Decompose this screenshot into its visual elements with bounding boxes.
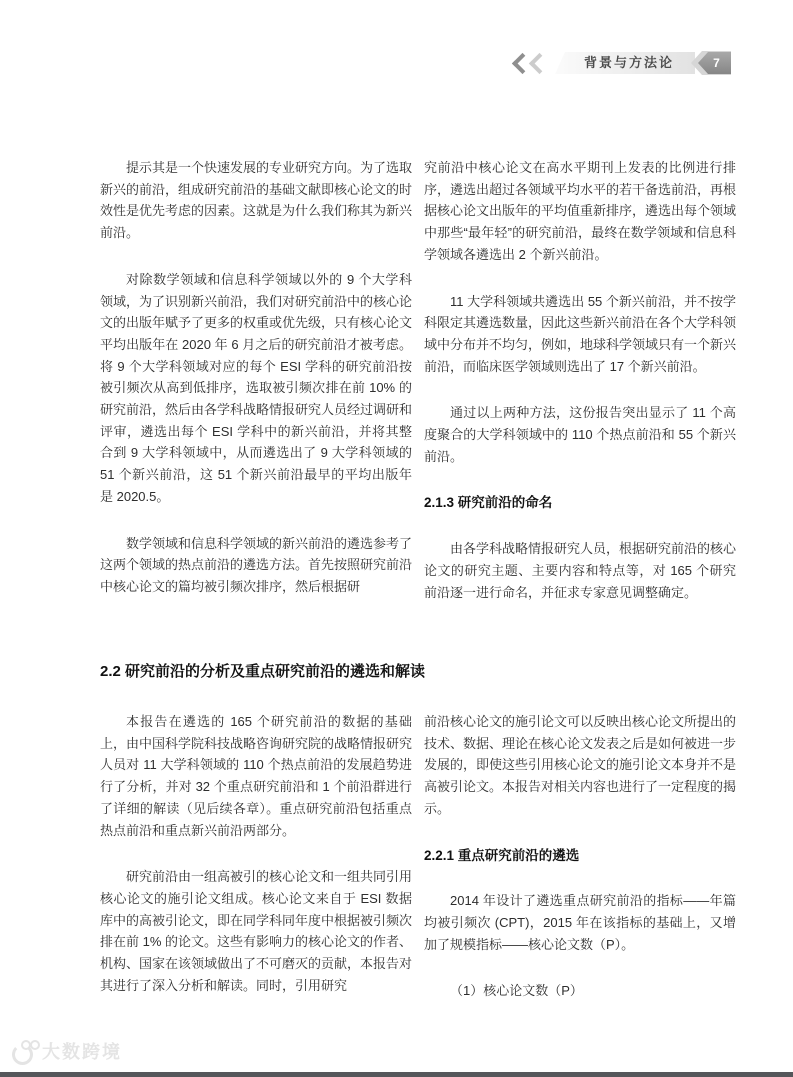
watermark-text: 大数跨境 [42, 1038, 122, 1064]
bottom-bar [0, 1072, 793, 1077]
column-top-right: 究前沿中核心论文在高水平期刊上发表的比例进行排序，遴选出超过各领域平均水平的若干… [424, 157, 736, 628]
paragraph: 前沿核心论文的施引论文可以反映出核心论文所提出的技术、数据、理论在核心论文发表之… [424, 711, 736, 820]
subsection-heading-221: 2.2.1 重点研究前沿的遴选 [424, 845, 736, 867]
paragraph: 研究前沿由一组高被引的核心论文和一组共同引用核心论文的施引论文组成。核心论文来自… [100, 866, 412, 996]
paragraph: 通过以上两种方法，这份报告突出显示了 11 个高度聚合的大学科领域中的 110 … [424, 402, 736, 467]
watermark: 大数跨境 [12, 1038, 122, 1064]
paragraph: （1）核心论文数（P） [424, 980, 736, 1002]
section-heading-22: 2.2 研究前沿的分析及重点研究前沿的遴选和解读 [100, 660, 660, 681]
paragraph: 11 大学科领域共遴选出 55 个新兴前沿，并不按学科限定其遴选数量，因此这些新… [424, 291, 736, 378]
watermark-logo-icon [12, 1040, 34, 1062]
column-top-left: 提示其是一个快速发展的专业研究方向。为了选取新兴的前沿，组成研究前沿的基础文献即… [100, 157, 412, 623]
paragraph: 数学领域和信息科学领域的新兴前沿的遴选参考了这两个领域的热点前沿的遴选方法。首先… [100, 533, 412, 598]
paragraph: 由各学科战略情报研究人员，根据研究前沿的核心论文的研究主题、主要内容和特点等，对… [424, 538, 736, 603]
page-header: 背景与方法论 7 [515, 51, 731, 75]
paragraph: 2014 年设计了遴选重点研究前沿的指标——年篇均被引频次 (CPT)，2015… [424, 890, 736, 955]
column-bottom-right: 前沿核心论文的施引论文可以反映出核心论文所提出的技术、数据、理论在核心论文发表之… [424, 711, 736, 1027]
subsection-heading-213: 2.1.3 研究前沿的命名 [424, 492, 736, 514]
column-bottom-left: 本报告在遴选的 165 个研究前沿的数据的基础上，由中国科学院科技战略咨询研究院… [100, 711, 412, 1021]
paragraph: 提示其是一个快速发展的专业研究方向。为了选取新兴的前沿，组成研究前沿的基础文献即… [100, 157, 412, 244]
page-number-badge: 7 [691, 51, 731, 75]
paragraph: 本报告在遴选的 165 个研究前沿的数据的基础上，由中国科学院科技战略咨询研究院… [100, 711, 412, 841]
paragraph: 对除数学领域和信息科学领域以外的 9 个大学科领域，为了识别新兴前沿，我们对研究… [100, 269, 412, 508]
chevron-left-icon-light [529, 52, 550, 73]
paragraph: 究前沿中核心论文在高水平期刊上发表的比例进行排序，遴选出超过各领域平均水平的若干… [424, 157, 736, 266]
document-page: 背景与方法论 7 提示其是一个快速发展的专业研究方向。为了选取新兴的前沿，组成研… [0, 0, 793, 1077]
page-number: 7 [698, 52, 731, 74]
header-section-title: 背景与方法论 [555, 52, 695, 74]
